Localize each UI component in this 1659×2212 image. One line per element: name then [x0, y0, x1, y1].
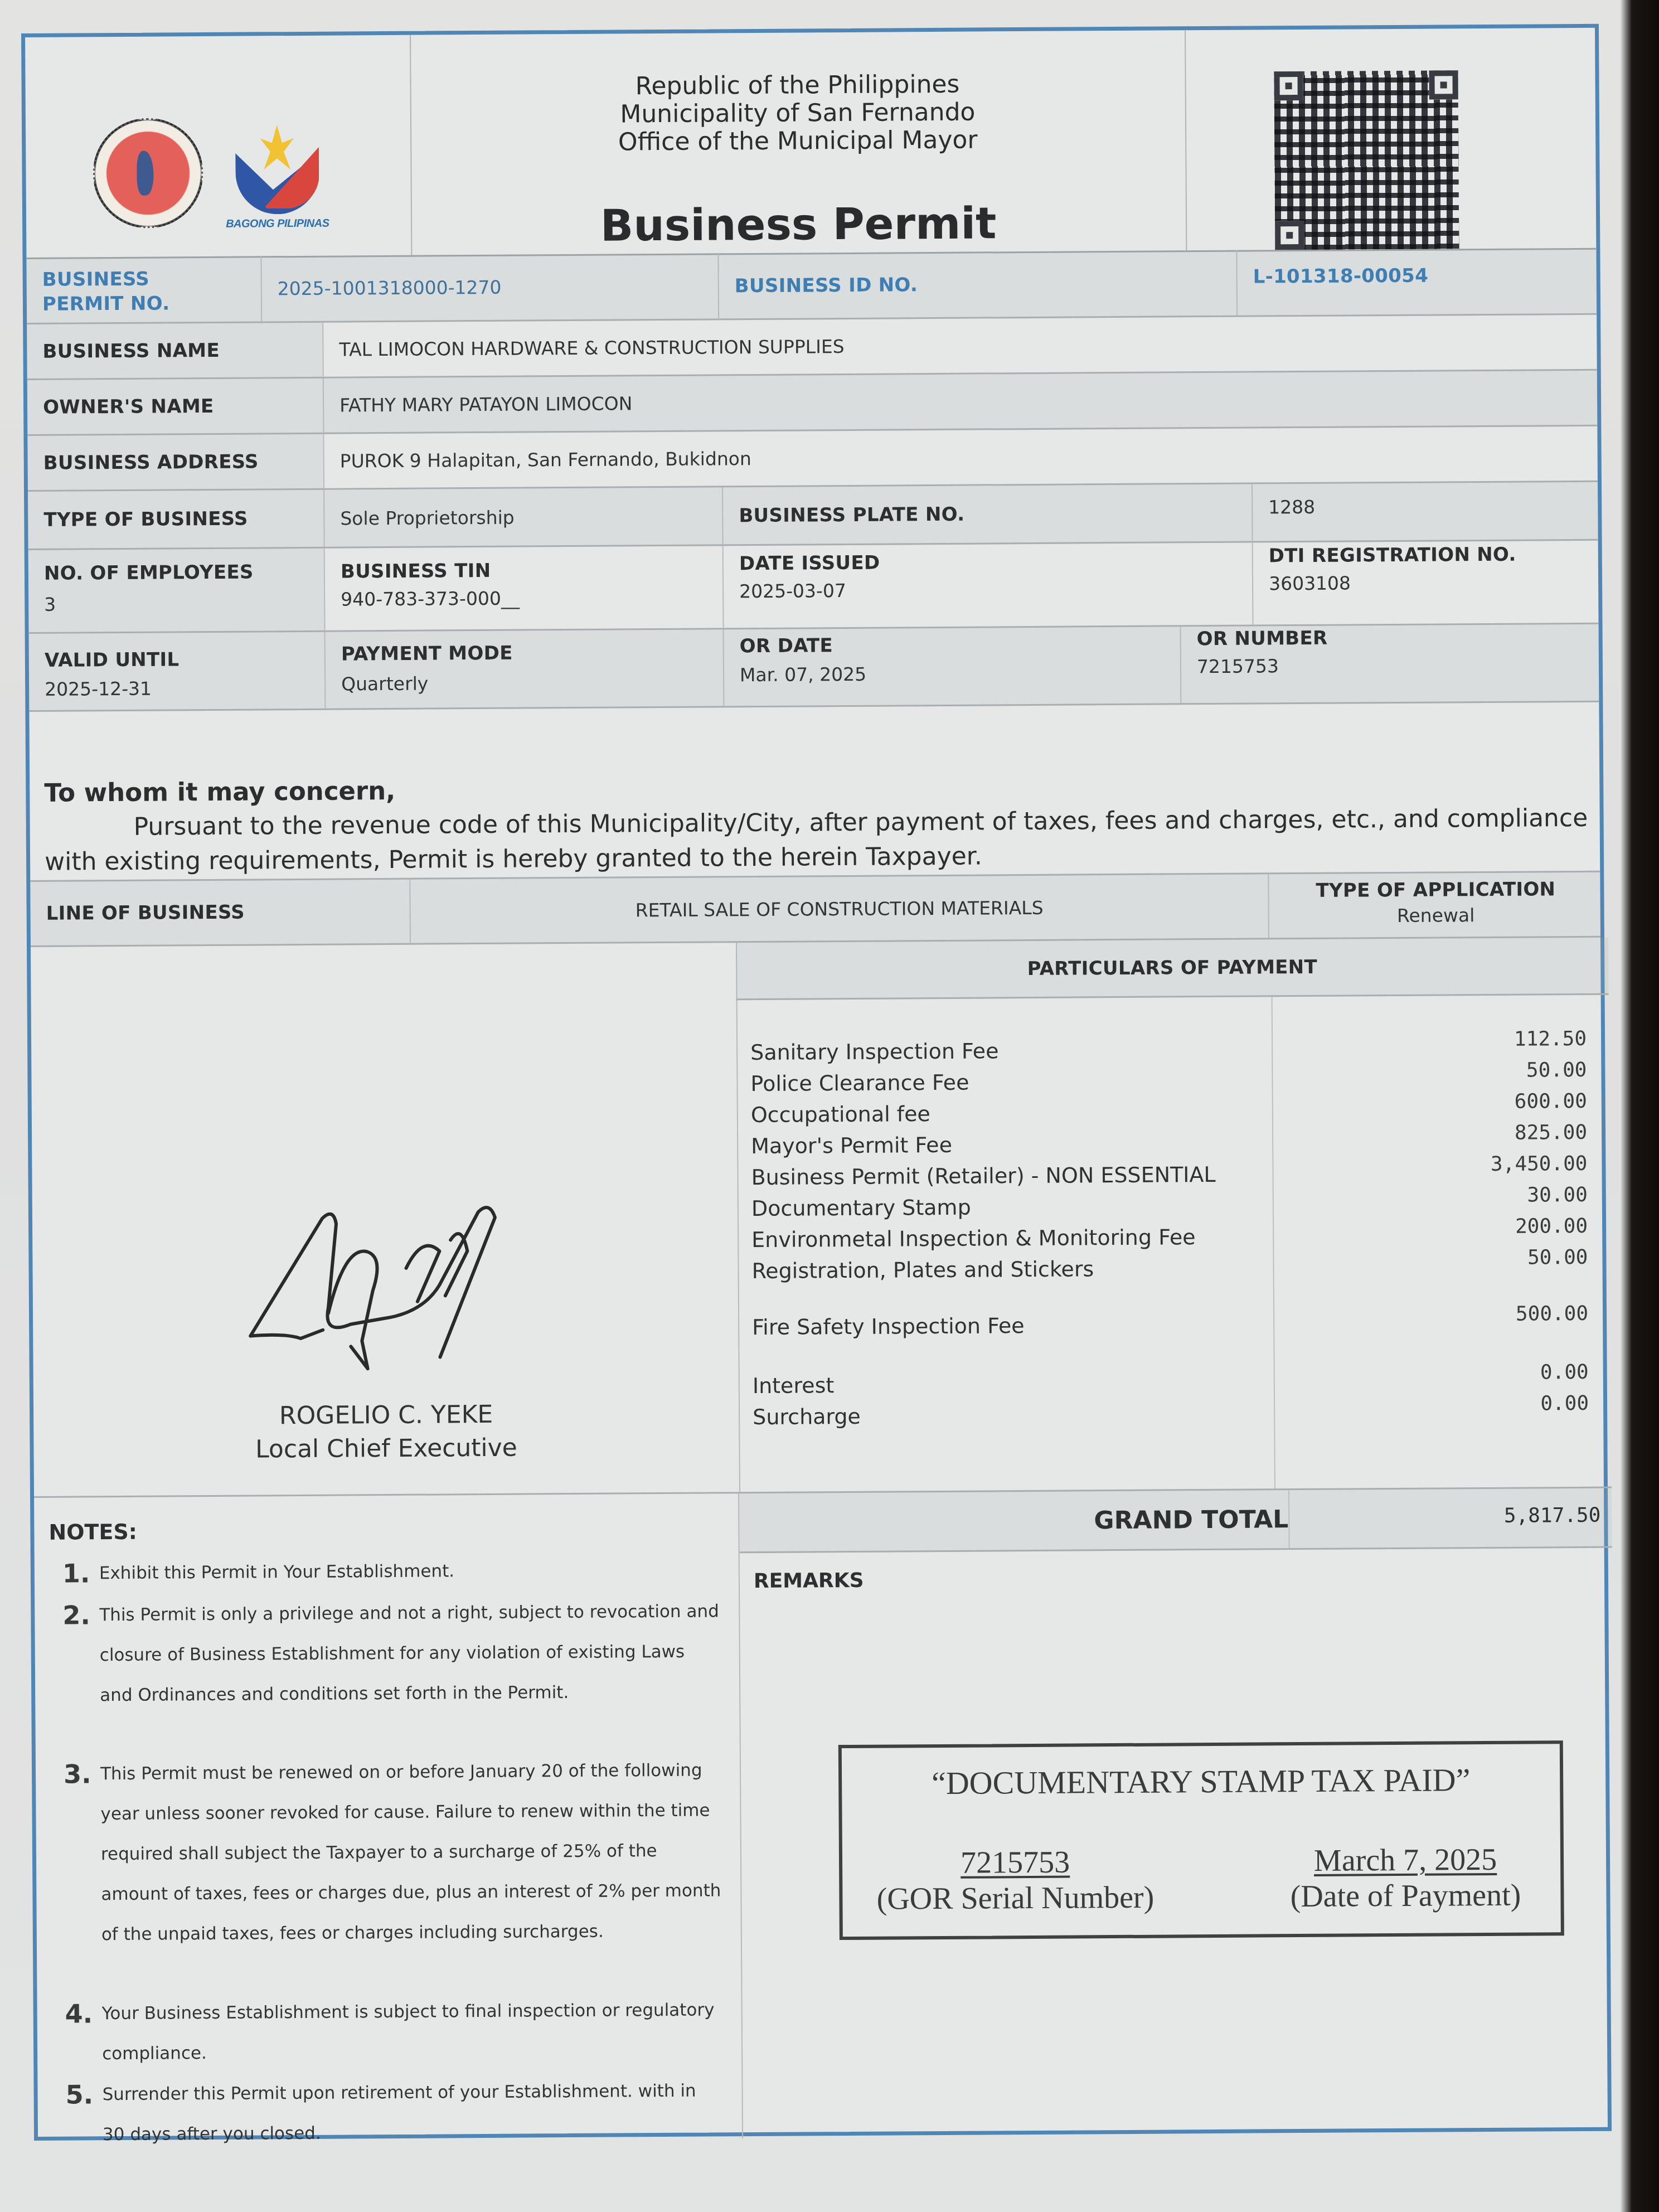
- header-divider: [1185, 30, 1187, 250]
- grant-statement: To whom it may concern, Pursuant to the …: [44, 767, 1594, 880]
- permit-header: BAGONG PILIPINAS Republic of the Philipp…: [25, 28, 1596, 259]
- fee-item: Environmetal Inspection & Monitoring Fee…: [751, 1223, 1588, 1252]
- business-name-label: BUSINESS NAME: [42, 339, 220, 362]
- column-divider: [1288, 1490, 1290, 1548]
- particulars-table: Sanitary Inspection Fee112.50Police Clea…: [736, 995, 1612, 1492]
- employees-label: NO. OF EMPLOYEES: [44, 561, 254, 584]
- qr-code-icon: [1274, 70, 1459, 250]
- fee-amount: 3,450.00: [1491, 1152, 1588, 1176]
- note-item: 2.This Permit is only a privilege and no…: [62, 1591, 721, 1715]
- payment-mode-cell: PAYMENT MODE Quarterly: [324, 629, 724, 708]
- fee-label: Interest: [753, 1373, 835, 1398]
- fee-label: Environmetal Inspection & Monitoring Fee: [751, 1225, 1196, 1252]
- tin-value: 940-783-373-000__: [341, 588, 520, 610]
- fee-label: Surcharge: [753, 1404, 861, 1429]
- fee-label: Occupational fee: [751, 1102, 930, 1127]
- or-number-cell: OR NUMBER 7215753: [1180, 624, 1602, 704]
- application-type-value: Renewal: [1269, 904, 1603, 928]
- row-type-plate: TYPE OF BUSINESS Sole Proprietorship BUS…: [28, 482, 1598, 550]
- note-text: Your Business Establishment is subject t…: [102, 2000, 715, 2064]
- stamp-date: March 7, 2025 (Date of Payment): [1266, 1841, 1545, 1914]
- stamp-serial: 7215753 (GOR Serial Number): [865, 1844, 1166, 1917]
- business-name-value: TAL LIMOCON HARDWARE & CONSTRUCTION SUPP…: [339, 336, 844, 361]
- fee-item: Sanitary Inspection Fee112.50: [750, 1035, 1587, 1065]
- bagong-pilipinas-logo: BAGONG PILIPINAS: [225, 114, 329, 231]
- background-surface: [1620, 0, 1659, 2212]
- permit-document: BAGONG PILIPINAS Republic of the Philipp…: [21, 24, 1612, 2141]
- address-cell: PUROK 9 Halapitan, San Fernando, Bukidno…: [323, 426, 1600, 488]
- fee-amount: 600.00: [1515, 1090, 1587, 1113]
- fee-amount: 0.00: [1540, 1361, 1589, 1384]
- or-date-label: OR DATE: [740, 634, 833, 657]
- payment-mode-label: PAYMENT MODE: [341, 642, 513, 666]
- permit-no-cell: 2025-1001318000-1270: [260, 253, 718, 321]
- note-item: 3.This Permit must be renewed on or befo…: [64, 1750, 722, 1954]
- business-id-label: BUSINESS ID NO.: [735, 274, 918, 297]
- fee-label: Police Clearance Fee: [750, 1070, 969, 1096]
- business-name-label-cell: BUSINESS NAME: [27, 323, 323, 379]
- bagong-pilipinas-icon: [230, 114, 325, 215]
- row-employees-tin: NO. OF EMPLOYEES 3 BUSINESS TIN 940-783-…: [28, 541, 1599, 634]
- type-label: TYPE OF BUSINESS: [43, 508, 248, 531]
- or-number-value: 7215753: [1197, 655, 1279, 677]
- signatory-title: Local Chief Executive: [33, 1432, 739, 1465]
- permit-no-value: 2025-1001318000-1270: [278, 276, 502, 299]
- line-of-business-value: RETAIL SALE OF CONSTRUCTION MATERIALS: [636, 896, 1044, 920]
- type-value: Sole Proprietorship: [340, 506, 515, 529]
- permit-no-label: BUSINESS PERMIT NO.: [42, 266, 210, 317]
- dti-value: 3603108: [1269, 572, 1351, 594]
- note-text: This Permit is only a privilege and not …: [99, 1601, 719, 1705]
- note-text: Surrender this Permit upon retirement of…: [102, 2081, 696, 2145]
- owner-value: FATHY MARY PATAYON LIMOCON: [339, 392, 633, 416]
- address-label-cell: BUSINESS ADDRESS: [27, 434, 323, 490]
- fee-amount: 112.50: [1514, 1027, 1587, 1051]
- paper-sheet: BAGONG PILIPINAS Republic of the Philipp…: [0, 0, 1622, 2212]
- date-issued-value: 2025-03-07: [739, 580, 846, 602]
- fee-label: Sanitary Inspection Fee: [750, 1039, 999, 1065]
- documentary-stamp-box: “DOCUMENTARY STAMP TAX PAID” 7215753 (GO…: [838, 1740, 1564, 1940]
- dti-cell: DTI REGISTRATION NO. 3603108: [1252, 541, 1601, 625]
- grand-total-row: GRAND TOTAL 5,817.50: [739, 1487, 1612, 1554]
- grant-body: Pursuant to the revenue code of this Mun…: [45, 801, 1595, 880]
- fee-item: Interest0.00: [753, 1369, 1589, 1398]
- note-text: This Permit must be renewed on or before…: [100, 1760, 721, 1945]
- fee-amount: 30.00: [1527, 1183, 1588, 1207]
- notes-title: NOTES:: [48, 1520, 137, 1545]
- remarks-title: REMARKS: [754, 1569, 864, 1593]
- particulars-header: PARTICULARS OF PAYMENT: [736, 938, 1609, 1001]
- fee-item: Police Clearance Fee50.00: [750, 1066, 1587, 1096]
- line-of-business-label: LINE OF BUSINESS: [46, 901, 245, 925]
- fee-amount: 50.00: [1527, 1246, 1588, 1269]
- row-address: BUSINESS ADDRESS PUROK 9 Halapitan, San …: [27, 426, 1598, 492]
- fee-label: Registration, Plates and Stickers: [751, 1257, 1094, 1283]
- fee-item: Surcharge0.00: [753, 1400, 1589, 1429]
- business-name-cell: TAL LIMOCON HARDWARE & CONSTRUCTION SUPP…: [322, 315, 1599, 377]
- plate-label: BUSINESS PLATE NO.: [739, 503, 964, 527]
- valid-until-label: VALID UNTIL: [45, 648, 180, 671]
- date-issued-cell: DATE ISSUED 2025-03-07: [722, 543, 1253, 628]
- application-type-cell: TYPE OF APPLICATION Renewal: [1268, 872, 1603, 938]
- business-id-value: L-101318-00054: [1253, 265, 1429, 288]
- row-owner: OWNER'S NAME FATHY MARY PATAYON LIMOCON: [27, 371, 1598, 436]
- fee-amount: 50.00: [1526, 1059, 1587, 1082]
- owner-label-cell: OWNER'S NAME: [27, 379, 323, 434]
- or-date-cell: OR DATE Mar. 07, 2025: [723, 627, 1181, 706]
- dti-label: DTI REGISTRATION NO.: [1269, 544, 1516, 567]
- note-item: 4.Your Business Establishment is subject…: [65, 1990, 723, 2074]
- tin-cell: BUSINESS TIN 940-783-373-000__: [324, 546, 723, 630]
- signature-icon: [239, 1200, 530, 1380]
- heading-line: Municipality of San Fernando: [416, 97, 1180, 129]
- note-number: 5.: [65, 2074, 93, 2114]
- or-date-value: Mar. 07, 2025: [740, 663, 866, 686]
- plate-value: 1288: [1268, 496, 1315, 518]
- fee-item: Fire Safety Inspection Fee500.00: [752, 1310, 1588, 1340]
- fee-item: Business Permit (Retailer) - NON ESSENTI…: [751, 1160, 1587, 1190]
- address-value: PUROK 9 Halapitan, San Fernando, Bukidno…: [340, 448, 751, 472]
- date-issued-label: DATE ISSUED: [739, 552, 880, 575]
- row-business-name: BUSINESS NAME TAL LIMOCON HARDWARE & CON…: [27, 315, 1597, 380]
- fee-label: Documentary Stamp: [751, 1195, 971, 1221]
- fee-amount: 500.00: [1516, 1302, 1588, 1326]
- fee-item: Mayor's Permit Fee825.00: [751, 1129, 1587, 1158]
- row-validity-payment: VALID UNTIL 2025-12-31 PAYMENT MODE Quar…: [29, 624, 1599, 712]
- fee-item: Documentary Stamp30.00: [751, 1191, 1588, 1221]
- heading-line: Republic of the Philippines: [415, 69, 1179, 101]
- address-label: BUSINESS ADDRESS: [43, 450, 259, 474]
- row-line-of-business: LINE OF BUSINESS RETAIL SALE OF CONSTRUC…: [30, 871, 1600, 947]
- grand-total-amount: 5,817.50: [1504, 1504, 1601, 1527]
- fee-item: Registration, Plates and Stickers50.00: [751, 1254, 1588, 1283]
- note-number: 4.: [65, 1993, 93, 2034]
- valid-until-cell: VALID UNTIL 2025-12-31: [29, 632, 325, 710]
- fee-amount: 0.00: [1540, 1392, 1589, 1415]
- permit-no-label-cell: BUSINESS PERMIT NO.: [26, 256, 261, 323]
- notes-section: NOTES: 1.Exhibit this Permit in Your Est…: [34, 1492, 743, 2143]
- note-item: 1.Exhibit this Permit in Your Establishm…: [62, 1549, 720, 1593]
- document-title: Business Permit: [416, 197, 1181, 252]
- fee-amount: 825.00: [1515, 1121, 1587, 1144]
- employees-value: 3: [44, 594, 56, 615]
- stamp-date-caption: (Date of Payment): [1266, 1877, 1545, 1914]
- fee-label: Fire Safety Inspection Fee: [752, 1313, 1025, 1340]
- remarks-section: REMARKS “DOCUMENTARY STAMP TAX PAID” 721…: [740, 1548, 1616, 2139]
- stamp-serial-caption: (GOR Serial Number): [865, 1880, 1166, 1917]
- logos: BAGONG PILIPINAS: [93, 114, 329, 232]
- fee-item: Occupational fee600.00: [751, 1098, 1587, 1127]
- fee-label: Mayor's Permit Fee: [751, 1133, 952, 1158]
- business-id-cell: L-101318-00054: [1236, 248, 1599, 316]
- fee-amount: 200.00: [1515, 1215, 1588, 1238]
- plate-label-cell: BUSINESS PLATE NO.: [722, 484, 1252, 545]
- business-id-label-cell: BUSINESS ID NO.: [717, 250, 1236, 319]
- header-divider: [410, 35, 412, 255]
- heading-line: Office of the Municipal Mayor: [416, 125, 1180, 157]
- stamp-title: “DOCUMENTARY STAMP TAX PAID”: [842, 1760, 1560, 1802]
- type-cell: Sole Proprietorship: [323, 487, 722, 546]
- note-number: 2.: [62, 1595, 90, 1635]
- line-of-business-label-cell: LINE OF BUSINESS: [30, 880, 410, 945]
- note-number: 3.: [64, 1754, 91, 1794]
- note-number: 1.: [62, 1553, 90, 1593]
- plate-cell: 1288: [1251, 482, 1600, 541]
- government-heading: Republic of the Philippines Municipality…: [415, 69, 1180, 157]
- note-text: Exhibit this Permit in Your Establishmen…: [99, 1561, 454, 1583]
- note-item: 5.Surrender this Permit upon retirement …: [65, 2070, 724, 2155]
- or-number-label: OR NUMBER: [1197, 627, 1328, 650]
- owner-cell: FATHY MARY PATAYON LIMOCON: [323, 371, 1600, 433]
- signatory-block: ROGELIO C. YEKE Local Chief Executive: [31, 943, 740, 1496]
- bagong-pilipinas-text: BAGONG PILIPINAS: [226, 217, 329, 231]
- signatory-name: ROGELIO C. YEKE: [33, 1399, 739, 1432]
- fee-label: Business Permit (Retailer) - NON ESSENTI…: [751, 1162, 1215, 1190]
- row-permit-number: BUSINESS PERMIT NO. 2025-1001318000-1270…: [26, 248, 1597, 324]
- particulars-title: PARTICULARS OF PAYMENT: [1027, 956, 1317, 980]
- payment-mode-value: Quarterly: [341, 673, 428, 695]
- application-type-label: TYPE OF APPLICATION: [1269, 878, 1602, 903]
- employees-cell: NO. OF EMPLOYEES 3: [28, 549, 324, 632]
- tin-label: BUSINESS TIN: [341, 560, 491, 583]
- owner-label: OWNER'S NAME: [43, 395, 214, 418]
- stamp-date-value: March 7, 2025: [1266, 1841, 1545, 1879]
- type-label-cell: TYPE OF BUSINESS: [28, 490, 324, 549]
- line-of-business-cell: RETAIL SALE OF CONSTRUCTION MATERIALS: [409, 874, 1268, 943]
- municipal-seal-icon: [93, 118, 203, 229]
- valid-until-value: 2025-12-31: [45, 678, 152, 700]
- stamp-serial-value: 7215753: [865, 1844, 1166, 1881]
- grand-total-label: GRAND TOTAL: [739, 1490, 1289, 1551]
